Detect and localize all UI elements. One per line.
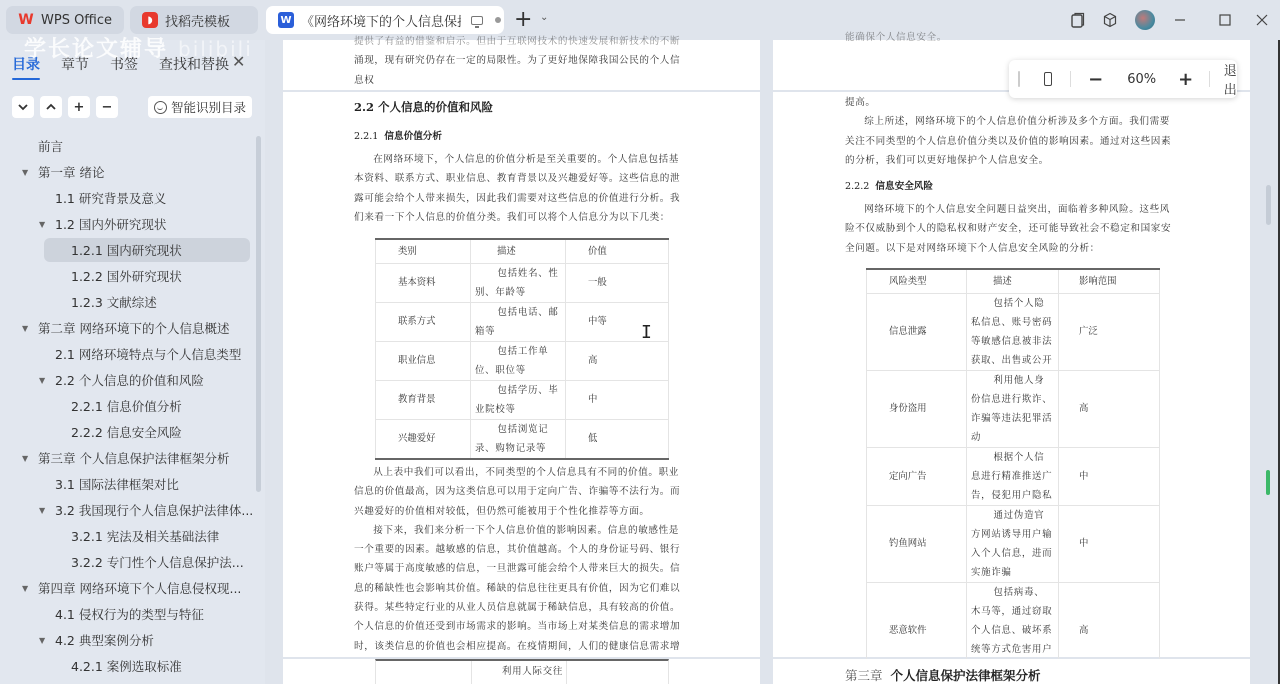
collapse-up-button[interactable] — [40, 96, 62, 118]
paragraph: 网络环境下的个人信息安全问题日益突出，面临着多种风险。这些风险不仅威胁到个人的隐… — [845, 200, 1177, 258]
video-watermark: 学长论文辅导bilibili — [24, 32, 253, 63]
toc-item[interactable]: 2.2.2 信息安全风险 — [71, 420, 182, 444]
toc-item[interactable]: 1.1 研究背景及意义 — [55, 186, 166, 210]
user-avatar[interactable] — [1135, 10, 1155, 30]
toc-item[interactable]: 3.2.2 专门性个人信息保护法... — [71, 550, 244, 574]
toc-item[interactable]: ▼第三章 个人信息保护法律框架分析 — [22, 446, 229, 470]
sidebar-scrollbar[interactable] — [256, 136, 261, 492]
toc-item[interactable]: 3.2.1 宪法及相关基础法律 — [71, 524, 219, 548]
toc-item[interactable]: ▼3.2 我国现行个人信息保护法律体... — [39, 498, 253, 522]
toc-item[interactable]: ▼第二章 网络环境下的个人信息概述 — [22, 316, 229, 340]
risk-table: 风险类型描述影响范围 信息泄露包括个人隐私信息、账号密码等敏感信息被非法获取、出… — [866, 268, 1160, 680]
add-heading-button[interactable]: + — [68, 96, 90, 118]
tab-label: 找稻壳模板 — [165, 11, 230, 30]
paragraph: 在网络环境下，个人信息的价值分析是至关重要的。个人信息包括基本资料、联系方式、职… — [354, 150, 686, 227]
navigation-pane: 目录 章节 书签 查找和替换 ✕ + − 智能识别目录 前言 ▼第一章 绪论 1… — [0, 40, 265, 684]
toc-item[interactable]: ▼4.2 典型案例分析 — [39, 628, 154, 652]
window-layout-icon[interactable] — [1066, 8, 1090, 32]
toc-toolbar: + − — [12, 96, 124, 118]
expand-arrow-icon[interactable]: ▼ — [22, 454, 38, 463]
fit-page-button[interactable] — [1044, 72, 1052, 86]
heading-2-2-1: 2.2.1信息价值分析 — [354, 128, 442, 142]
toc-item[interactable]: ▼2.2 个人信息的价值和风险 — [39, 368, 204, 392]
zoom-toolbar: − 60% + 退出 — [1009, 60, 1237, 98]
document-scrollbar[interactable] — [1262, 40, 1280, 684]
expand-arrow-icon[interactable]: ▼ — [22, 168, 38, 177]
toc-item[interactable]: ▼第四章 网络环境下个人信息侵权现... — [22, 576, 241, 600]
toc-item[interactable]: ▼第一章 绪论 — [22, 160, 104, 184]
zoom-level: 60% — [1127, 72, 1156, 87]
expand-down-button[interactable] — [12, 96, 34, 118]
smart-toc-label: 智能识别目录 — [171, 98, 246, 116]
maximize-button[interactable] — [1213, 8, 1237, 32]
tab-wps-office[interactable]: W WPS Office — [6, 6, 124, 34]
toc-item[interactable]: 1.2.3 文献综述 — [71, 290, 157, 314]
toc-item[interactable]: 3.1 国际法律框架对比 — [55, 472, 179, 496]
next-table-fragment: 利用人际交往 — [375, 659, 669, 684]
close-window-button[interactable] — [1250, 8, 1274, 32]
zoom-in-button[interactable]: + — [1178, 69, 1193, 90]
expand-arrow-icon[interactable]: ▼ — [39, 220, 55, 229]
prev-page-text: 能确保个人信息安全。 — [845, 28, 947, 47]
new-tab-button[interactable]: + — [514, 8, 532, 32]
toc-item[interactable]: 2.1 网络环境特点与个人信息类型 — [55, 342, 241, 366]
scroll-marker — [1266, 470, 1270, 495]
smart-toc-button[interactable]: 智能识别目录 — [148, 96, 252, 118]
wps-logo-icon: W — [18, 12, 34, 28]
heading-2-2: 2.2 个人信息的价值和风险 — [354, 99, 493, 115]
tab-docer-templates[interactable]: ◗ 找稻壳模板 — [130, 6, 258, 34]
expand-arrow-icon[interactable]: ▼ — [22, 584, 38, 593]
value-table: 类别描述价值 基本资料包括姓名、性别、年龄等一般 联系方式包括电话、邮箱等中等 … — [375, 238, 669, 460]
docer-icon: ◗ — [142, 12, 158, 28]
toc-item[interactable]: 2.2.1 信息价值分析 — [71, 394, 182, 418]
scroll-thumb[interactable] — [1266, 185, 1271, 225]
smart-recognize-icon — [154, 101, 167, 114]
cube-icon[interactable] — [1098, 8, 1122, 32]
expand-arrow-icon[interactable]: ▼ — [22, 324, 38, 333]
drag-handle-icon[interactable] — [1018, 71, 1020, 87]
paragraph: 从上表中我们可以看出，不同类型的个人信息具有不同的价值。职业信息的价值最高，因为… — [354, 463, 686, 675]
unsaved-dot-icon — [495, 17, 501, 23]
toc-item[interactable]: ▼1.2 国内外研究现状 — [39, 212, 166, 236]
tab-list-dropdown-icon[interactable]: ⌄ — [540, 12, 548, 23]
minimize-button[interactable] — [1168, 8, 1192, 32]
zoom-out-button[interactable]: − — [1088, 69, 1103, 90]
expand-arrow-icon[interactable]: ▼ — [39, 506, 55, 515]
tab-label: 《网络环境下的个人信息保护 — [301, 11, 461, 30]
paragraph: 提高。 综上所述，网络环境下的个人信息价值分析涉及多个方面。我们需要关注不同类型… — [845, 93, 1177, 170]
toc-item-selected[interactable]: 1.2.1 国内研究现状 — [44, 238, 250, 262]
toc-item[interactable]: 前言 — [38, 134, 63, 158]
tab-label: WPS Office — [41, 13, 112, 28]
remove-heading-button[interactable]: − — [96, 96, 118, 118]
monitor-icon[interactable] — [471, 16, 483, 25]
toc-item[interactable]: 4.1 侵权行为的类型与特征 — [55, 602, 204, 626]
chapter-heading: 第三章个人信息保护法律框架分析 — [845, 666, 1041, 684]
text-cursor-icon: I — [641, 322, 652, 343]
expand-arrow-icon[interactable]: ▼ — [39, 376, 55, 385]
toc-item[interactable]: 1.2.2 国外研究现状 — [71, 264, 182, 288]
toc-item[interactable]: 4.2.1 案例选取标准 — [71, 654, 182, 678]
word-doc-icon: W — [278, 12, 294, 28]
expand-arrow-icon[interactable]: ▼ — [39, 636, 55, 645]
heading-2-2-2: 2.2.2信息安全风险 — [845, 178, 933, 192]
tab-document[interactable]: W 《网络环境下的个人信息保护 — [266, 6, 504, 34]
exit-button[interactable]: 退出 — [1224, 60, 1237, 98]
